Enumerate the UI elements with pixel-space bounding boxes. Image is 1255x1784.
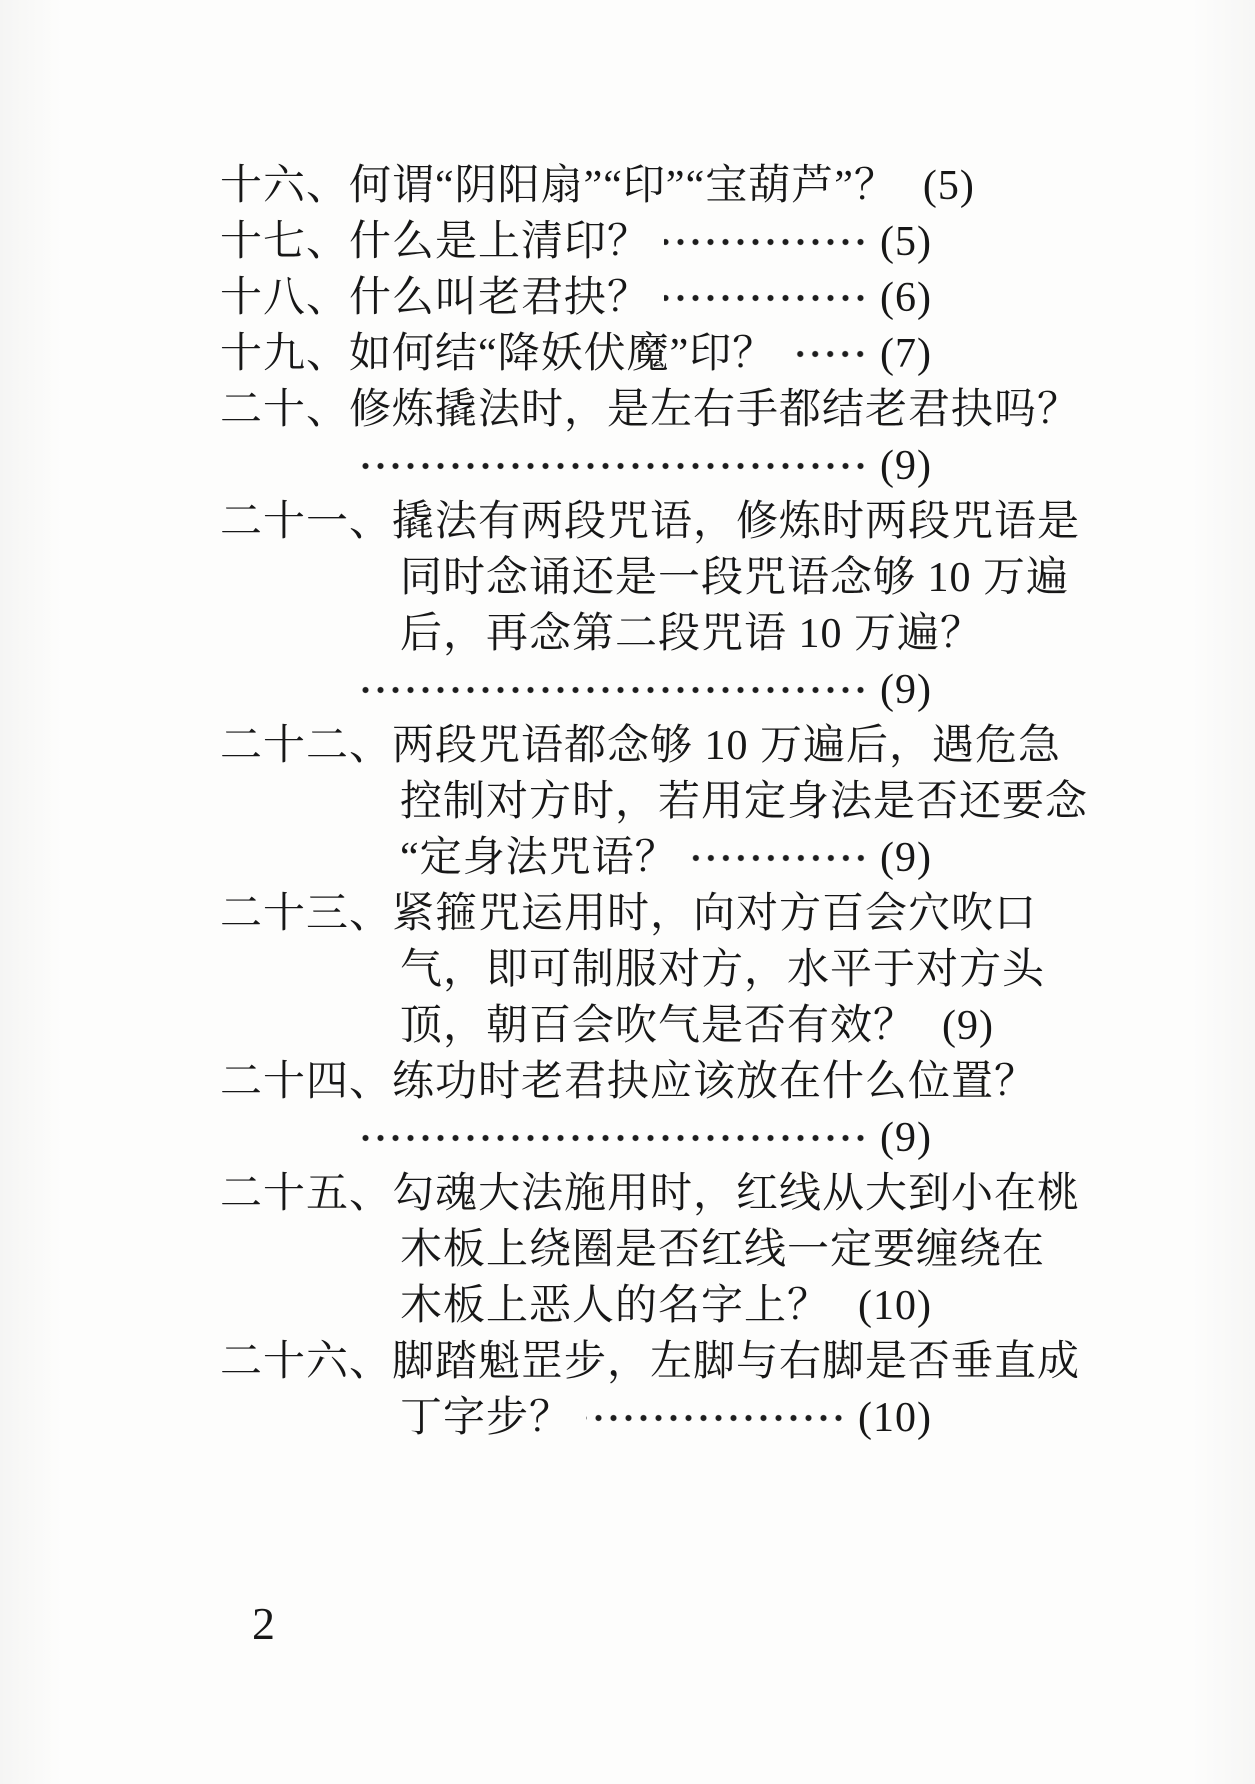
toc-line: 二十、修炼撬法时，是左右手都结老君抉吗？ <box>220 382 932 438</box>
toc-page-number: (6) <box>880 270 932 326</box>
toc-line-text: 后，再念第二段咒语 10 万遍？ <box>400 606 983 662</box>
toc-line: 十八、什么叫老君抉？ (6) <box>220 270 932 326</box>
toc-line: 二十一、撬法有两段咒语，修炼时两段咒语是 <box>220 494 932 550</box>
toc-page-number: (10) <box>858 1390 932 1446</box>
toc-line-text: “定身法咒语？ <box>400 830 678 886</box>
toc-page-number: (5) <box>880 214 932 270</box>
dot-leader <box>844 1300 846 1312</box>
toc-line: 木板上恶人的名字上？ (10) <box>220 1278 932 1334</box>
toc-page-number: (9) <box>880 662 932 718</box>
toc-line-text: 十七、什么是上清印？ <box>220 214 650 270</box>
toc-line: 顶，朝百会吹气是否有效？ (9) <box>220 998 932 1054</box>
toc-line: (9) <box>220 438 932 494</box>
toc-line-text: 二十二、两段咒语都念够 10 万遍后，遇危急 <box>220 718 1061 774</box>
toc-line: 后，再念第二段咒语 10 万遍？ <box>220 606 932 662</box>
toc-page-number: (9) <box>880 438 932 494</box>
toc-page-number: (10) <box>858 1278 932 1334</box>
toc-page-number: (9) <box>880 830 932 886</box>
toc-line: 木板上绕圈是否红线一定要缠绕在 <box>220 1222 932 1278</box>
toc-page-number: (5) <box>923 158 975 214</box>
toc-line: 十九、如何结“降妖伏魔”印？ (7) <box>220 326 932 382</box>
toc-line-text: 二十一、撬法有两段咒语，修炼时两段咒语是 <box>220 494 1080 550</box>
toc-line-text: 二十、修炼撬法时，是左右手都结老君抉吗？ <box>220 382 1080 438</box>
toc-line-text: 十六、何谓“阴阳扇”“印”“宝葫芦”？ <box>220 158 897 214</box>
dot-leader <box>664 292 868 304</box>
dot-leader <box>358 460 868 472</box>
toc-line: 二十三、紧箍咒运用时，向对方百会穴吹口 <box>220 886 932 942</box>
scanned-book-page: 十六、何谓“阴阳扇”“印”“宝葫芦”？ (5) 十七、什么是上清印？ (5) 十… <box>0 0 1255 1784</box>
toc-line-text: 二十五、勾魂大法施用时，红线从大到小在桃 <box>220 1166 1080 1222</box>
dot-leader <box>692 852 868 864</box>
toc-line-text: 二十三、紧箍咒运用时，向对方百会穴吹口 <box>220 886 1037 942</box>
dot-leader <box>358 1132 868 1144</box>
toc-line: 气，即可制服对方，水平于对方头 <box>220 942 932 998</box>
toc-line-text: 气，即可制服对方，水平于对方头 <box>400 942 1045 998</box>
folio-page-number: 2 <box>252 1596 275 1652</box>
toc-page-number: (7) <box>880 326 932 382</box>
toc-line-text: 木板上恶人的名字上？ <box>400 1278 830 1334</box>
toc-line: (9) <box>220 662 932 718</box>
toc-line-text: 二十四、练功时老君抉应该放在什么位置？ <box>220 1054 1037 1110</box>
toc-line: 二十二、两段咒语都念够 10 万遍后，遇危急 <box>220 718 932 774</box>
toc-line: 十六、何谓“阴阳扇”“印”“宝葫芦”？ (5) <box>220 158 932 214</box>
toc-line: 二十五、勾魂大法施用时，红线从大到小在桃 <box>220 1166 932 1222</box>
toc-line-text: 控制对方时，若用定身法是否还要念 <box>400 774 1088 830</box>
toc-line-text: 同时念诵还是一段咒语念够 10 万遍 <box>400 550 1069 606</box>
toc-line: 同时念诵还是一段咒语念够 10 万遍 <box>220 550 932 606</box>
toc-line: 二十四、练功时老君抉应该放在什么位置？ <box>220 1054 932 1110</box>
toc-line-text: 十八、什么叫老君抉？ <box>220 270 650 326</box>
toc-line-text: 十九、如何结“降妖伏魔”印？ <box>220 326 775 382</box>
toc-line-text: 木板上绕圈是否红线一定要缠绕在 <box>400 1222 1045 1278</box>
toc-line: 丁字步？ (10) <box>220 1390 932 1446</box>
toc-line: 控制对方时，若用定身法是否还要念 <box>220 774 932 830</box>
toc-line: 十七、什么是上清印？ (5) <box>220 214 932 270</box>
dot-leader <box>789 348 868 360</box>
toc-line-text: 二十六、脚踏魁罡步，左脚与右脚是否垂直成 <box>220 1334 1080 1390</box>
toc-line-text: 丁字步？ <box>400 1390 572 1446</box>
dot-leader <box>358 684 868 696</box>
toc-line: “定身法咒语？ (9) <box>220 830 932 886</box>
dot-leader <box>664 236 868 248</box>
toc-page-number: (9) <box>880 1110 932 1166</box>
dot-leader <box>586 1412 846 1424</box>
toc-line: (9) <box>220 1110 932 1166</box>
toc-line: 二十六、脚踏魁罡步，左脚与右脚是否垂直成 <box>220 1334 932 1390</box>
toc-page-number: (9) <box>942 998 994 1054</box>
toc-line-text: 顶，朝百会吹气是否有效？ <box>400 998 916 1054</box>
toc: 十六、何谓“阴阳扇”“印”“宝葫芦”？ (5) 十七、什么是上清印？ (5) 十… <box>220 158 932 1446</box>
